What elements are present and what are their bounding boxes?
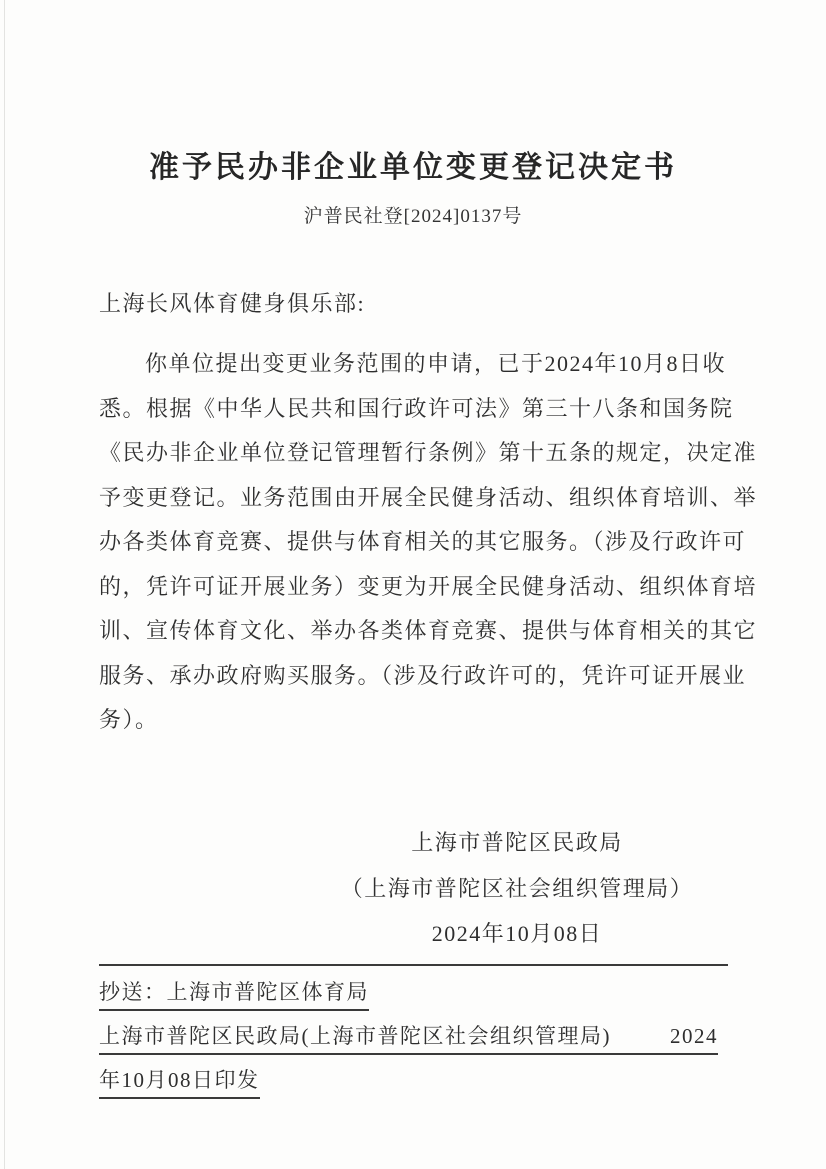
- footer-divider: [99, 964, 728, 966]
- body-line: 务）。: [99, 698, 743, 743]
- body-line: 办各类体育竞赛、提供与体育相关的其它服务。（涉及行政许可: [99, 520, 743, 565]
- document-body: 上海长风体育健身俱乐部: 你单位提出变更业务范围的申请，已于2024年10月8日…: [99, 290, 743, 743]
- body-line: 悉。根据《中华人民共和国行政许可法》第三十八条和国务院: [99, 387, 743, 432]
- issuer-line: 上海市普陀区民政局(上海市普陀区社会组织管理局) 2024: [99, 1020, 718, 1055]
- body-line: 服务、承办政府购买服务。（涉及行政许可的，凭许可证开展业: [99, 654, 743, 699]
- document-number: 沪普民社登[2024]0137号: [0, 201, 826, 228]
- issue-date-line: 年10月08日印发: [99, 1064, 260, 1099]
- body-line: 训、宣传体育文化、举办各类体育竞赛、提供与体育相关的其它: [99, 609, 743, 654]
- addressee-line: 上海长风体育健身俱乐部:: [99, 290, 743, 318]
- cc-line: 抄送：上海市普陀区体育局: [99, 976, 369, 1011]
- issue-year: 2024: [670, 1024, 718, 1049]
- body-line: 予变更登记。业务范围由开展全民健身活动、组织体育培训、举: [99, 476, 743, 521]
- body-line: 《民办非企业单位登记管理暂行条例》第十五条的规定，决定准: [99, 431, 743, 476]
- document-title: 准予民办非企业单位变更登记决定书: [0, 142, 826, 186]
- signing-authority-alt: （上海市普陀区社会组织管理局）: [330, 866, 704, 912]
- signing-authority: 上海市普陀区民政局: [330, 820, 704, 866]
- signature-block: 上海市普陀区民政局 （上海市普陀区社会组织管理局） 2024年10月08日: [330, 820, 704, 957]
- body-line: 你单位提出变更业务范围的申请，已于2024年10月8日收: [99, 342, 743, 387]
- official-document-page: 准予民办非企业单位变更登记决定书 沪普民社登[2024]0137号 上海长风体育…: [0, 0, 826, 1169]
- signature-date: 2024年10月08日: [330, 911, 704, 957]
- cc-line-text: 抄送：上海市普陀区体育局: [99, 976, 369, 1011]
- issuer-name: 上海市普陀区民政局(上海市普陀区社会组织管理局): [99, 1020, 611, 1050]
- issue-date-text: 年10月08日印发: [99, 1064, 260, 1099]
- body-line: 的，凭许可证开展业务）变更为开展全民健身活动、组织体育培: [99, 565, 743, 610]
